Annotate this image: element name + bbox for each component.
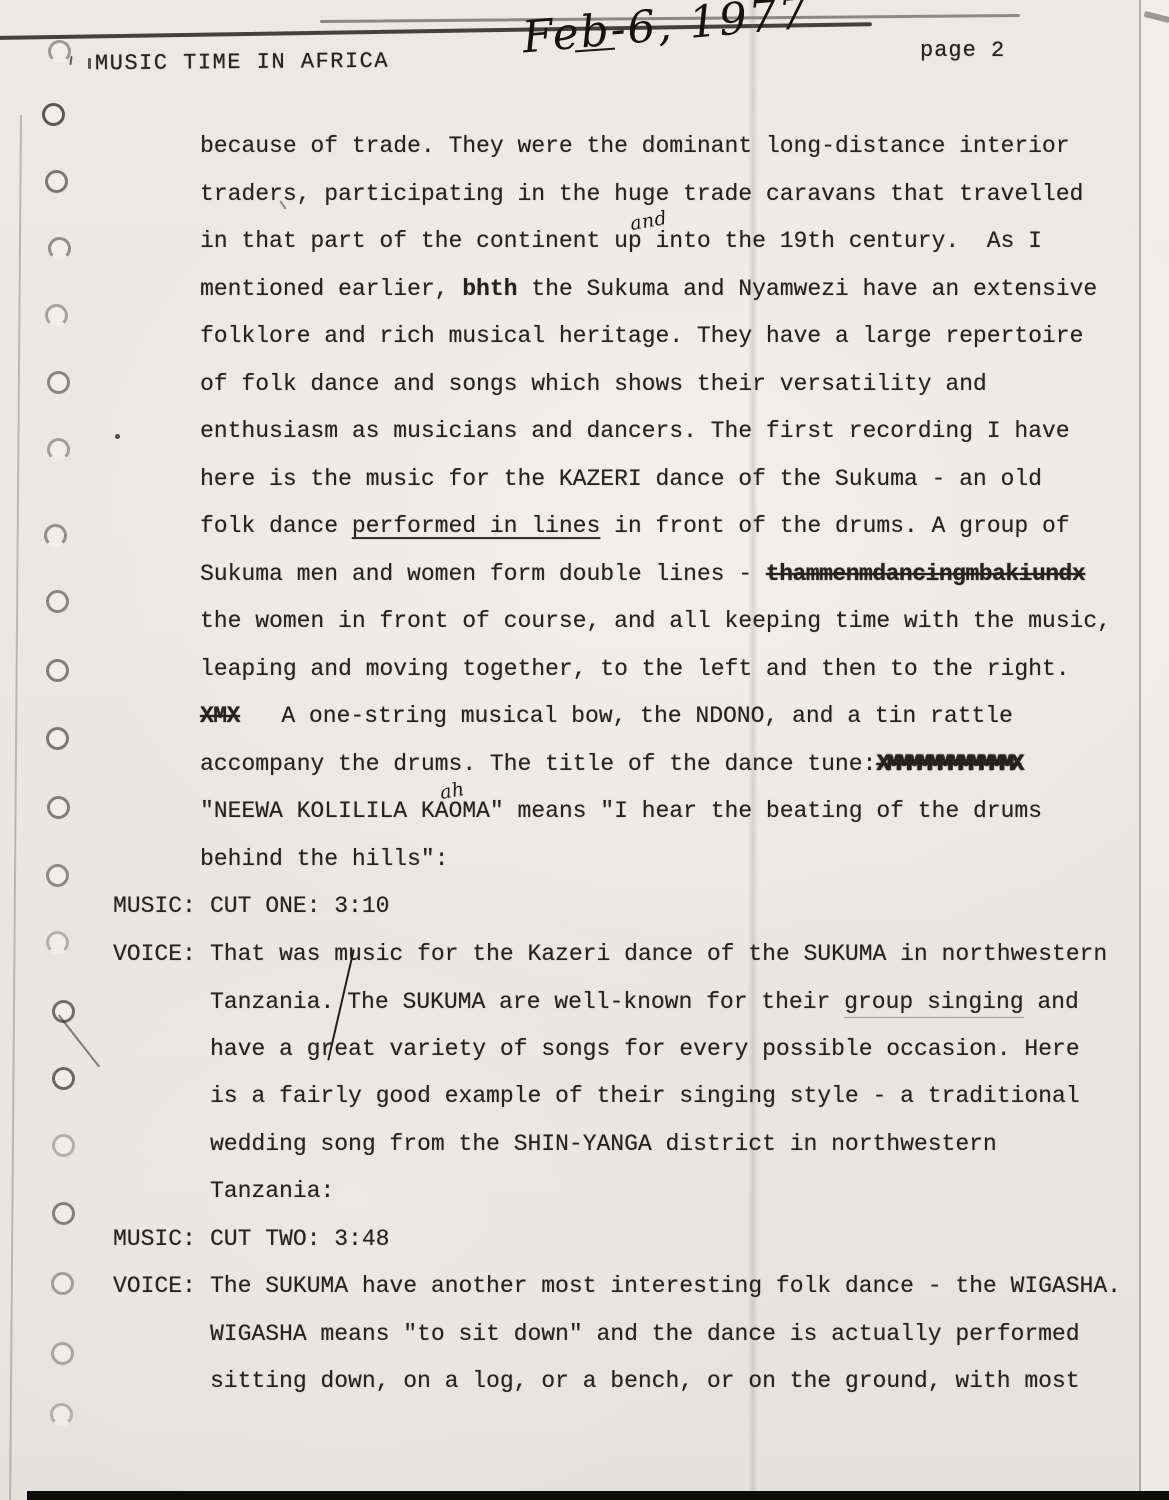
line-content: leaping and moving together, to the left… xyxy=(200,654,1169,684)
text-segment: XMX xyxy=(200,703,240,729)
text-segment: thammenmdancingmbakiundx xyxy=(766,561,1085,587)
text-line: folk dance performed in lines in front o… xyxy=(0,511,1169,558)
text-segment: in front of the drums. A group of xyxy=(600,513,1069,539)
text-line: behind the hills": xyxy=(0,844,1169,891)
text-segment: accompany the drums. The title of the da… xyxy=(200,751,876,777)
line-content: Tanzania: xyxy=(210,1176,1169,1206)
line-content: here is the music for the KAZERI dance o… xyxy=(200,464,1169,494)
text-segment: traders, participating in the huge trade… xyxy=(200,181,1083,207)
text-segment: here is the music for the KAZERI dance o… xyxy=(200,466,1042,492)
text-segment: "NEEWA KOLILILA KAah xyxy=(200,798,448,824)
text-line: enthusiasm as musicians and dancers. The… xyxy=(0,416,1169,463)
text-line: mentioned earlier, bhth the Sukuma and N… xyxy=(0,274,1169,321)
text-line: WIGASHA means "to sit down" and the danc… xyxy=(0,1319,1169,1366)
text-segment: performed in lines xyxy=(352,513,600,539)
text-line: the women in front of course, and all ke… xyxy=(0,606,1169,653)
line-content: Sukuma men and women form double lines -… xyxy=(200,559,1169,589)
line-content: CUT TWO: 3:48 xyxy=(210,1224,1169,1254)
text-line: wedding song from the SHIN-YANGA distric… xyxy=(0,1129,1169,1176)
line-content: is a fairly good example of their singin… xyxy=(210,1081,1169,1111)
text-segment: leaping and moving together, to the left… xyxy=(200,656,1070,682)
text-segment: group singing xyxy=(844,989,1023,1018)
cue-label: MUSIC: xyxy=(113,1224,196,1254)
text-segment: enthusiasm as musicians and dancers. The… xyxy=(200,418,1070,444)
line-content: behind the hills": xyxy=(200,844,1169,874)
text-line: VOICE:That was music for the Kazeri danc… xyxy=(0,939,1169,986)
text-segment: Tanzania. xyxy=(210,989,334,1015)
text-line: of folk dance and songs which shows thei… xyxy=(0,369,1169,416)
scanned-typescript-page: MUSIC TIME IN AFRICA Feb-6, 1977 page 2 … xyxy=(0,0,1169,1500)
line-content: accompany the drums. The title of the da… xyxy=(200,749,1169,779)
text-line: have a great variety of songs for every … xyxy=(0,1034,1169,1081)
line-content: traders, participating in the huge trade… xyxy=(200,179,1169,209)
text-line: MUSIC:CUT TWO: 3:48 xyxy=(0,1224,1169,1271)
handwritten-insertion: and xyxy=(627,203,669,239)
text-segment: WIGASHA means "to sit down" and the danc… xyxy=(210,1321,1080,1347)
line-content: mentioned earlier, bhth the Sukuma and N… xyxy=(200,274,1169,304)
punch-hole xyxy=(42,103,65,126)
text-segment: That was music for the Kazeri dance of t… xyxy=(210,941,1107,967)
line-content: of folk dance and songs which shows thei… xyxy=(200,369,1169,399)
text-line: Tanzania: xyxy=(0,1176,1169,1223)
cue-label: MUSIC: xyxy=(113,891,196,921)
text-segment: Sukuma men and women form double lines - xyxy=(200,561,766,587)
line-content: wedding song from the SHIN-YANGA distric… xyxy=(210,1129,1169,1159)
text-line: leaping and moving together, to the left… xyxy=(0,654,1169,701)
punch-hole xyxy=(48,40,71,63)
cue-label: VOICE: xyxy=(113,1271,196,1301)
handwritten-date: Feb-6, 1977 xyxy=(520,0,810,63)
text-segment: wedding song from the SHIN-YANGA distric… xyxy=(210,1131,997,1157)
text-segment: The SUKUMA are well-known for their xyxy=(347,989,844,1015)
text-line: is a fairly good example of their singin… xyxy=(0,1081,1169,1128)
line-content: Tanzania.The SUKUMA are well-known for t… xyxy=(210,986,1169,1017)
handwritten-slash-mark xyxy=(334,986,347,1008)
text-segment: Tanzania: xyxy=(210,1178,334,1204)
text-line: VOICE:The SUKUMA have another most inter… xyxy=(0,1271,1169,1318)
page-number: page 2 xyxy=(920,38,1005,63)
text-segment: sitting down, on a log, or a bench, or o… xyxy=(210,1368,1080,1394)
text-segment: is a fairly good example of their singin… xyxy=(210,1083,1080,1109)
page-title: MUSIC TIME IN AFRICA xyxy=(95,49,389,77)
scan-edge-bottom-bar xyxy=(27,1491,1169,1500)
line-content: "NEEWA KOLILILA KAahOMA" means "I hear t… xyxy=(200,796,1169,826)
line-content: because of trade. They were the dominant… xyxy=(200,131,1169,161)
text-segment: have a great variety of songs for every … xyxy=(210,1036,1080,1062)
text-line: Sukuma men and women form double lines -… xyxy=(0,559,1169,606)
text-segment: folk dance xyxy=(200,513,352,539)
text-line: folklore and rich musical heritage. They… xyxy=(0,321,1169,368)
text-line: MUSIC:CUT ONE: 3:10 xyxy=(0,891,1169,938)
line-content: in that part of the continent upand into… xyxy=(200,226,1169,256)
line-content: folklore and rich musical heritage. They… xyxy=(200,321,1169,351)
line-content: XMX A one-string musical bow, the NDONO,… xyxy=(200,701,1169,731)
text-segment: CUT TWO: 3:48 xyxy=(210,1226,389,1252)
text-line: XMX A one-string musical bow, the NDONO,… xyxy=(0,701,1169,748)
text-line: because of trade. They were the dominant… xyxy=(0,131,1169,178)
line-content: folk dance performed in lines in front o… xyxy=(200,511,1169,541)
text-segment: The SUKUMA have another most interesting… xyxy=(210,1273,1121,1299)
text-segment: folklore and rich musical heritage. They… xyxy=(200,323,1083,349)
text-segment: of folk dance and songs which shows thei… xyxy=(200,371,987,397)
text-line: accompany the drums. The title of the da… xyxy=(0,749,1169,796)
line-content: The SUKUMA have another most interesting… xyxy=(210,1271,1169,1301)
text-segment: bhth xyxy=(462,276,517,302)
text-line: traders, participating in the huge trade… xyxy=(0,179,1169,226)
line-content: enthusiasm as musicians and dancers. The… xyxy=(200,416,1169,446)
text-line: Tanzania.The SUKUMA are well-known for t… xyxy=(0,986,1169,1033)
line-content: sitting down, on a log, or a bench, or o… xyxy=(210,1366,1169,1396)
text-line: sitting down, on a log, or a bench, or o… xyxy=(0,1366,1169,1413)
text-line: in that part of the continent upand into… xyxy=(0,226,1169,273)
line-content: the women in front of course, and all ke… xyxy=(200,606,1169,636)
text-segment: CUT ONE: 3:10 xyxy=(210,893,389,919)
cue-label: VOICE: xyxy=(113,939,196,969)
text-line: "NEEWA KOLILILA KAahOMA" means "I hear t… xyxy=(0,796,1169,843)
stray-mark xyxy=(69,56,72,65)
stray-mark xyxy=(88,58,91,69)
text-segment: mentioned earlier, xyxy=(200,276,462,302)
text-segment: and xyxy=(1024,989,1079,1015)
text-segment: A one-string musical bow, the NDONO, and… xyxy=(240,703,1013,729)
line-content: CUT ONE: 3:10 xyxy=(210,891,1169,921)
text-segment: XMMMMMMMMMMMMX xyxy=(876,751,1020,777)
text-segment: OMA" means "I hear the beating of the dr… xyxy=(448,798,1042,824)
line-content: have a great variety of songs for every … xyxy=(210,1034,1169,1064)
text-segment: into the 19th century. As I xyxy=(642,228,1042,254)
text-segment: the women in front of course, and all ke… xyxy=(200,608,1111,634)
text-segment: in that part of the continent upand xyxy=(200,228,642,254)
line-content: WIGASHA means "to sit down" and the danc… xyxy=(210,1319,1169,1349)
text-segment: the Sukuma and Nyamwezi have an extensiv… xyxy=(517,276,1097,302)
text-segment: behind the hills": xyxy=(200,846,448,872)
text-line: here is the music for the KAZERI dance o… xyxy=(0,464,1169,511)
text-segment: because of trade. They were the dominant… xyxy=(200,133,1070,159)
